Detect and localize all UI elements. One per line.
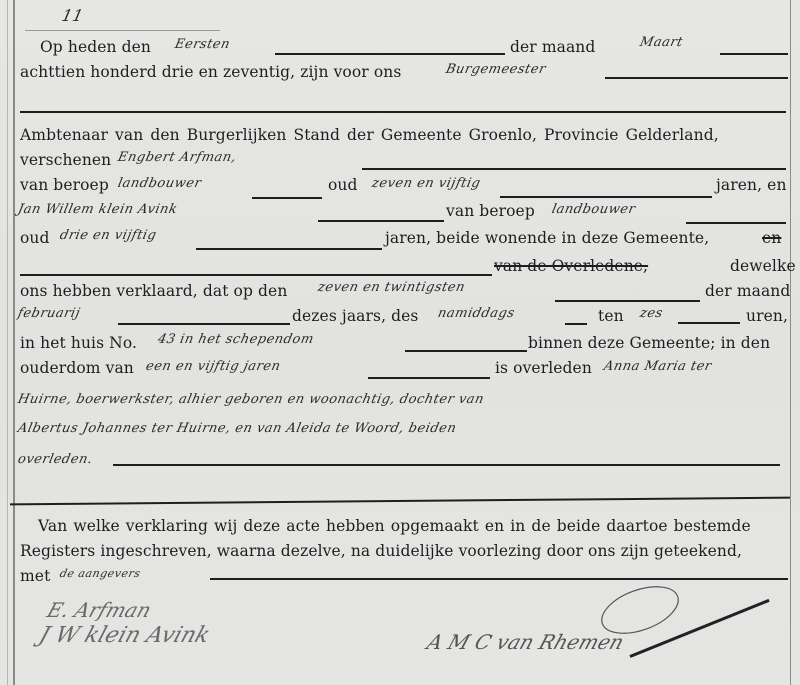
fill-rule: [405, 350, 527, 352]
fill-rule: [252, 197, 322, 199]
fill-rule: [20, 111, 786, 113]
divider: [25, 30, 220, 31]
printed-dezes-jaars: dezes jaars, des: [292, 307, 418, 325]
hw-informant1-occupation: landbouwer: [116, 176, 202, 191]
fill-rule: [565, 323, 587, 325]
printed-verschenen: verschenen: [20, 151, 111, 169]
right-border: [790, 0, 791, 685]
hw-deceased-line4: overleden.: [16, 452, 94, 467]
hw-age-deceased: een en vijftig jaren: [144, 359, 282, 374]
hw-official: Burgemeester: [444, 62, 547, 77]
printed-van-beroep-2: van beroep: [446, 202, 535, 220]
printed-struck-overledene: van de Overledene,: [494, 257, 648, 275]
fill-rule: [118, 323, 290, 325]
hw-death-day: zeven en twintigsten: [316, 280, 466, 295]
hw-death-month: februarij: [16, 306, 81, 321]
section-divider: [10, 497, 790, 506]
printed-binnen: binnen deze Gemeente; in den: [528, 334, 770, 352]
hw-deceased-line2: Huirne, boerwerkster, alhier geboren en …: [16, 392, 485, 407]
printed-ouderdom: ouderdom van: [20, 359, 134, 377]
fill-rule: [368, 377, 490, 379]
fill-rule: [555, 300, 700, 302]
printed-beide-wonende: jaren, beide wonende in deze Gemeente,: [385, 229, 709, 247]
hw-month: Maart: [638, 35, 684, 50]
fill-rule: [196, 248, 382, 250]
hw-time-of-day: namiddags: [436, 306, 516, 321]
fill-rule: [362, 168, 786, 170]
hw-house: 43 in het schependom: [156, 332, 315, 347]
printed-struck-en: en: [762, 229, 781, 247]
hw-hour: zes: [638, 306, 664, 321]
hw-deceased-line3: Albertus Johannes ter Huirne, en van Ale…: [16, 421, 457, 436]
printed-uren: uren,: [746, 307, 788, 325]
hw-informant1-name: Engbert Arfman,: [116, 150, 237, 165]
certificate-page: 11 Op heden den Eersten der maand Maart …: [0, 0, 800, 685]
printed-closing2: Registers ingeschreven, waarna dezelve, …: [20, 542, 742, 560]
hw-informant1-age: zeven en vijftig: [370, 176, 482, 191]
hw-with: de aangevers: [59, 567, 142, 580]
signature-arfman: E. Arfman: [44, 598, 154, 622]
fill-rule: [275, 53, 505, 55]
printed-op-heden: Op heden den: [40, 38, 151, 56]
printed-oud: oud: [328, 176, 358, 194]
fill-rule: [678, 322, 740, 324]
fill-rule: [720, 53, 788, 55]
printed-oud-2: oud: [20, 229, 50, 247]
fill-rule: [113, 464, 780, 466]
fill-rule: [500, 196, 712, 198]
act-number: 11: [60, 6, 85, 25]
printed-ambtenaar: Ambtenaar van den Burgerlijken Stand der…: [20, 126, 719, 144]
hw-informant2-age: drie en vijftig: [58, 228, 157, 243]
printed-dewelke: dewelke: [730, 257, 796, 275]
printed-year-line: achttien honderd drie en zeventig, zijn …: [20, 63, 401, 81]
hw-day: Eersten: [173, 37, 231, 52]
fill-rule: [686, 222, 786, 224]
margin-border: [13, 0, 15, 685]
fill-rule: [20, 274, 492, 276]
fill-rule: [605, 77, 788, 79]
hw-informant2-occupation: landbouwer: [550, 202, 636, 217]
printed-closing1: Van welke verklaring wij deze acte hebbe…: [38, 517, 751, 535]
hw-informant2-name: Jan Willem klein Avink: [16, 202, 178, 217]
printed-is-overleden: is overleden: [495, 359, 592, 377]
printed-verklaard: ons hebben verklaard, dat op den: [20, 282, 287, 300]
hw-deceased-line1: Anna Maria ter: [602, 359, 713, 374]
printed-met: met: [20, 567, 50, 585]
signature-klein-avink: J W klein Avink: [36, 623, 213, 648]
margin-line: [7, 0, 8, 685]
printed-huis-no: in het huis No.: [20, 334, 137, 352]
fill-rule: [210, 578, 788, 580]
fill-rule: [318, 220, 444, 222]
printed-der-maand-2: der maand: [705, 282, 790, 300]
printed-der-maand: der maand: [510, 38, 595, 56]
printed-jaren-en: jaren, en: [716, 176, 787, 194]
printed-van-beroep: van beroep: [20, 176, 109, 194]
printed-ten: ten: [598, 307, 624, 325]
